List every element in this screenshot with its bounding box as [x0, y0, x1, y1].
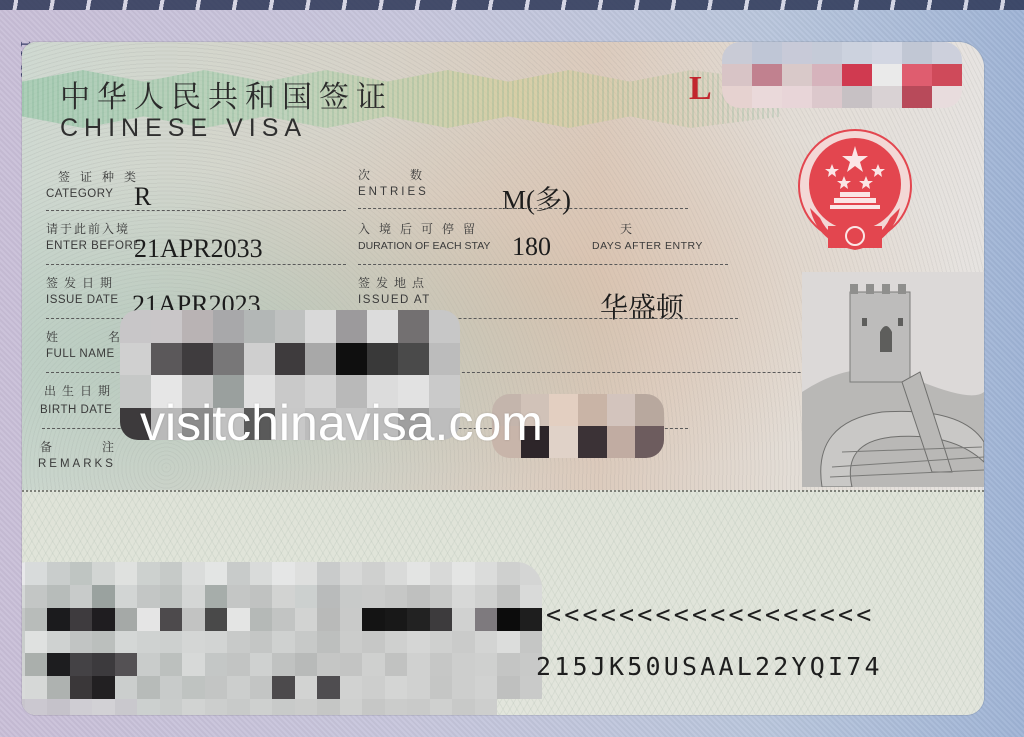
entries-underline [358, 208, 688, 209]
birth-date-label-en: BIRTH DATE [40, 404, 112, 416]
entries-label-en: ENTRIES [358, 186, 429, 198]
watermark-text: visitchinavisa.com [140, 394, 543, 452]
mrz-redaction [22, 562, 542, 715]
issued-at-value: 华盛顿 [600, 286, 684, 326]
visa-sticker: 中华人民共和国签证 CHINESE VISA L 签证种类 CATEGORY R… [22, 42, 984, 715]
enter-before-value: 21APR2033 [134, 234, 263, 264]
great-wall-illustration-icon [802, 272, 984, 487]
category-underline [46, 210, 346, 211]
remarks-label-en: REMARKS [38, 458, 116, 470]
enter-before-underline [46, 264, 346, 265]
visa-number-redaction [722, 42, 962, 108]
visa-title-chinese: 中华人民共和国签证 [60, 72, 393, 116]
entries-value: M(多) [502, 178, 571, 217]
visa-title-english: CHINESE VISA [60, 114, 307, 143]
national-emblem-icon [790, 128, 920, 258]
duration-unit-en: DAYS AFTER ENTRY [592, 240, 703, 252]
duration-label-cn: 入境后可停留 [358, 220, 484, 237]
enter-before-label-en: ENTER BEFORE [46, 240, 141, 252]
full-name-label-en: FULL NAME [46, 348, 115, 360]
passport-stitching [0, 0, 1024, 10]
duration-value: 180 [512, 232, 551, 262]
duration-label-en: DURATION OF EACH STAY [358, 240, 490, 252]
issued-at-label-cn: 签发地点 [358, 274, 430, 291]
mrz-line-1: <<<<<<<<<<<<<<<<<< [546, 600, 875, 629]
category-label-cn: 签证种类 [58, 168, 146, 185]
issue-date-label-cn: 签发日期 [46, 274, 118, 291]
category-label-en: CATEGORY [46, 188, 113, 200]
entries-label-cn: 次数 [358, 166, 462, 183]
issue-date-label-en: ISSUE DATE [46, 294, 119, 306]
enter-before-label-cn: 请于此前入境 [46, 220, 130, 237]
duration-underline [358, 264, 728, 265]
birth-date-label-cn: 出生日期 [44, 382, 116, 399]
issued-at-label-en: ISSUED AT [358, 294, 431, 306]
category-value: R [134, 182, 151, 212]
visa-type-letter: L [689, 70, 712, 108]
duration-unit-cn: 天 [620, 220, 632, 237]
mrz-line-2: 215JK50USAAL22YQI74 [536, 652, 883, 681]
